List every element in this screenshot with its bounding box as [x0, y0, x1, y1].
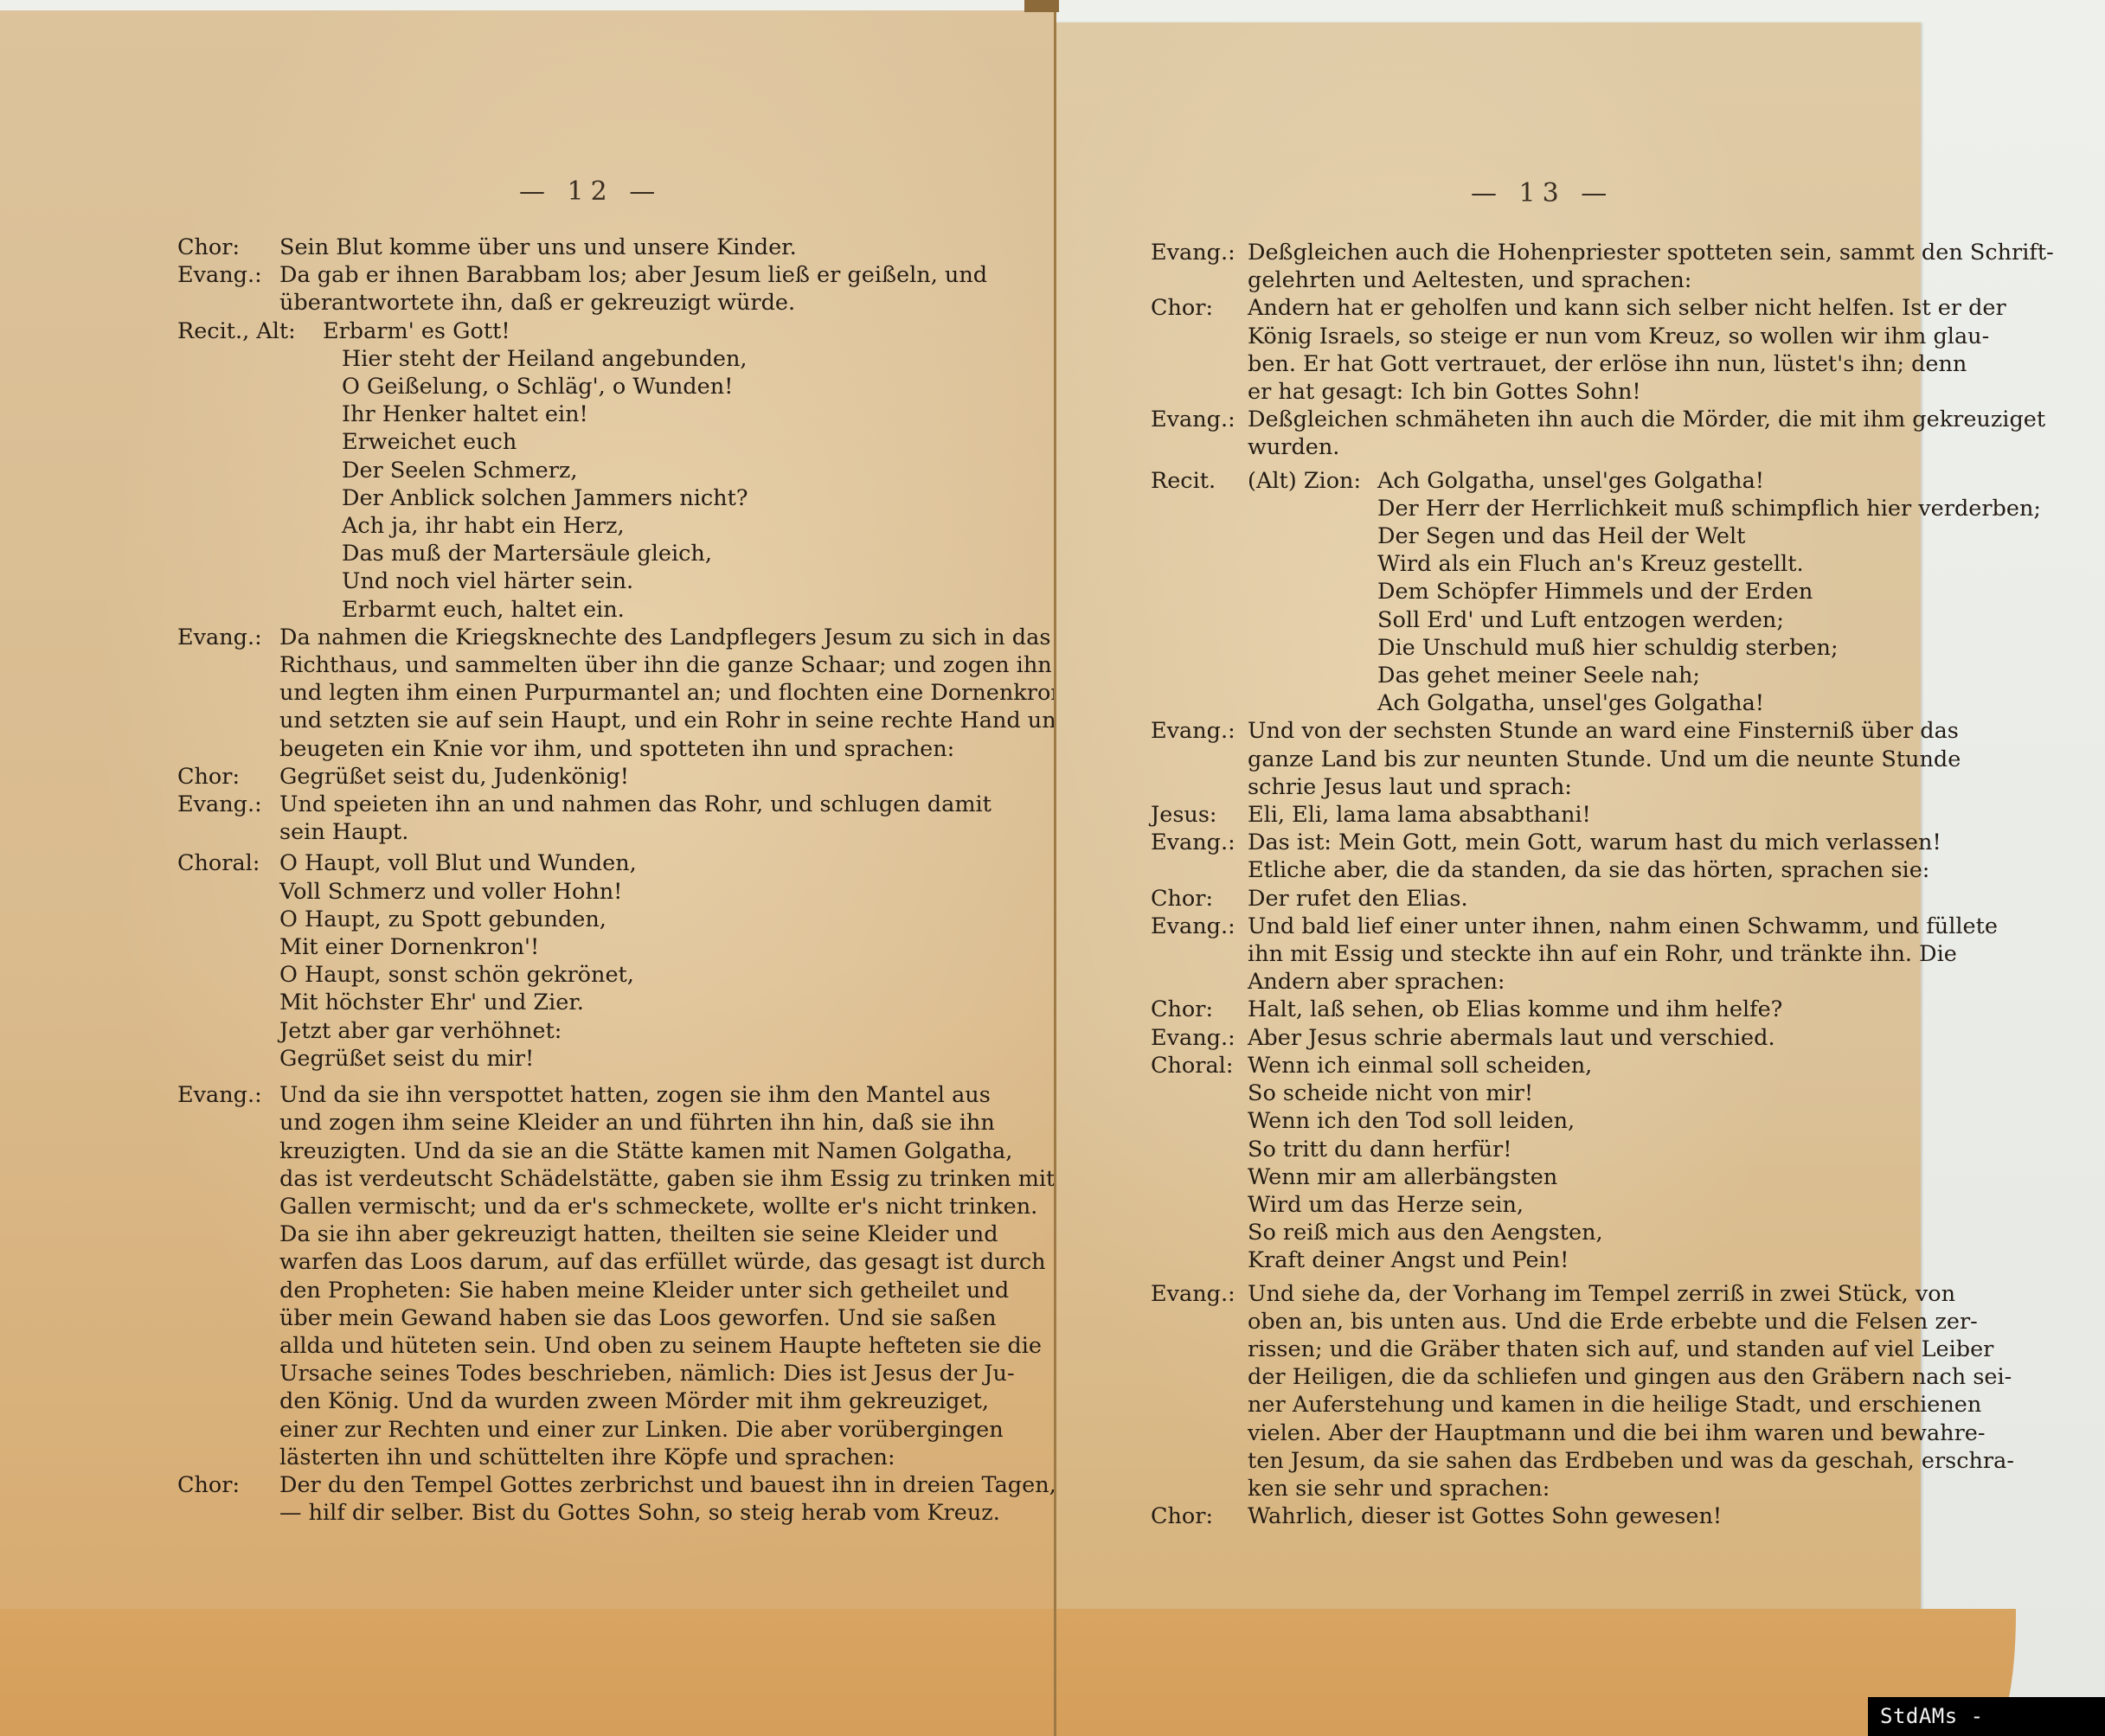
- verse-line: Hier steht der Heiland angebunden,: [342, 345, 973, 373]
- speaker-label: Chor:: [177, 763, 279, 791]
- entry-text: Und siehe da, der Vorhang im Tempel zerr…: [1248, 1280, 2014, 1503]
- entry-chor: Chor: Der du den Tempel Gottes zerbrichs…: [177, 1471, 973, 1527]
- verse-line: Wird um das Herze sein,: [1248, 1191, 1895, 1219]
- text-line: der Heiligen, die da schliefen und ginge…: [1248, 1363, 2014, 1391]
- text-line: vielen. Aber der Hauptmann und die bei i…: [1248, 1419, 2014, 1447]
- text-line: Deßgleichen schmäheten ihn auch die Mörd…: [1248, 406, 2045, 433]
- entry-text: Eli, Eli, lama lama absabthani!: [1248, 801, 1895, 829]
- entry-text: Halt, laß sehen, ob Elias komme und ihm …: [1248, 996, 1895, 1023]
- speaker-label: Evang.:: [177, 791, 279, 846]
- entry-jesus: Jesus: Eli, Eli, lama lama absabthani!: [1151, 801, 1895, 829]
- speaker-label: Chor:: [1151, 885, 1248, 913]
- text-line: ner Auferstehung und kamen in die heilig…: [1248, 1391, 2014, 1419]
- text-line: Wahrlich, dieser ist Gottes Sohn gewesen…: [1248, 1502, 1895, 1530]
- page-bottom-fold: [0, 1609, 2016, 1736]
- archive-label: StdAMs - MV_004_030: [1868, 1697, 2105, 1736]
- entry-text: Der rufet den Elias.: [1248, 885, 1895, 913]
- entry-evang: Evang.: Und bald lief einer unter ihnen,…: [1151, 913, 1895, 996]
- verse-line: Gegrüßet seist du mir!: [279, 1045, 973, 1073]
- left-page: — 12 — Chor: Sein Blut komme über uns un…: [0, 10, 1056, 1736]
- speaker-label: Chor:: [177, 234, 279, 261]
- verse-line: Erbarmt euch, haltet ein.: [342, 596, 973, 624]
- text-line: gelehrten und Aeltesten, und sprachen:: [1248, 266, 2054, 294]
- text-line: ten Jesum, da sie sahen das Erdbeben und…: [1248, 1447, 2014, 1475]
- entry-evang: Evang.: Und von der sechsten Stunde an w…: [1151, 717, 1895, 801]
- speaker-label: Choral:: [177, 849, 279, 1073]
- speaker-label: Evang.:: [1151, 1024, 1248, 1052]
- verse-line: Jetzt aber gar verhöhnet:: [279, 1017, 973, 1045]
- text-line: Gallen vermischt; und da er's schmeckete…: [279, 1193, 1055, 1220]
- entry-chor: Chor: Der rufet den Elias.: [1151, 885, 1895, 913]
- speaker-label: Evang.:: [177, 1081, 279, 1471]
- verse-line: Wenn ich den Tod soll leiden,: [1248, 1107, 1895, 1135]
- text-line: kreuzigten. Und da sie an die Stätte kam…: [279, 1137, 1055, 1165]
- text-line: ihn mit Essig und steckte ihn auf ein Ro…: [1248, 940, 1998, 968]
- entry-text: Das ist: Mein Gott, mein Gott, warum has…: [1248, 829, 1941, 884]
- entry-evang: Evang.: Da gab er ihnen Barabbam los; ab…: [177, 261, 973, 317]
- verse-line: Der Segen und das Heil der Welt: [1377, 522, 2041, 550]
- verse-line: O Haupt, zu Spott gebunden,: [279, 906, 973, 933]
- entry-text: Deßgleichen auch die Hohenpriester spott…: [1248, 239, 2054, 294]
- entry-chor: Chor: Sein Blut komme über uns und unser…: [177, 234, 973, 261]
- text-line: Und siehe da, der Vorhang im Tempel zerr…: [1248, 1280, 2014, 1308]
- entry-text: Und bald lief einer unter ihnen, nahm ei…: [1248, 913, 1998, 996]
- entry-choral: Choral: O Haupt, voll Blut und Wunden, V…: [177, 849, 973, 1073]
- speaker-label: Chor:: [1151, 996, 1248, 1023]
- speaker-label: [177, 345, 342, 624]
- text-line: Da sie ihn aber gekreuzigt hatten, theil…: [279, 1220, 1055, 1248]
- speaker-label: Evang.:: [1151, 239, 1248, 294]
- entry-text: Erbarm' es Gott!: [323, 317, 973, 345]
- entry-recit-alt: Recit., Alt: Erbarm' es Gott!: [177, 317, 973, 345]
- text-line: Etliche aber, die da standen, da sie das…: [1248, 856, 1941, 884]
- text-line: über mein Gewand haben sie das Loos gewo…: [279, 1304, 1055, 1332]
- sub-speaker-label: (Alt) Zion:: [1248, 467, 1377, 718]
- speaker-label: Evang.:: [1151, 829, 1248, 884]
- entry-evang: Evang.: Deßgleichen schmäheten ihn auch …: [1151, 406, 1895, 461]
- entry-text: Aber Jesus schrie abermals laut und vers…: [1248, 1024, 1895, 1052]
- text-line: den Propheten: Sie haben meine Kleider u…: [279, 1277, 1055, 1304]
- entry-text: Wahrlich, dieser ist Gottes Sohn gewesen…: [1248, 1502, 1895, 1530]
- verse-line: Ach ja, ihr habt ein Herz,: [342, 512, 973, 540]
- verse-line: Der Seelen Schmerz,: [342, 457, 973, 484]
- verse-text: Wenn ich einmal soll scheiden, So scheid…: [1248, 1052, 1895, 1275]
- verse-line: Und noch viel härter sein.: [342, 567, 973, 595]
- text-line: Andern aber sprachen:: [1248, 968, 1998, 996]
- text-line: Andern hat er geholfen und kann sich sel…: [1248, 294, 2006, 322]
- entry-text: Da gab er ihnen Barabbam los; aber Jesum…: [279, 261, 987, 317]
- verse-line: O Geißelung, o Schläg', o Wunden!: [342, 373, 973, 400]
- text-line: das ist verdeutscht Schädelstätte, gaben…: [279, 1165, 1055, 1193]
- entry-text: Und speieten ihn an und nahmen das Rohr,…: [279, 791, 992, 846]
- text-line: Und bald lief einer unter ihnen, nahm ei…: [1248, 913, 1998, 940]
- verse-text: O Haupt, voll Blut und Wunden, Voll Schm…: [279, 849, 973, 1073]
- binding-tab: [1024, 0, 1059, 12]
- verse-line: So reiß mich aus den Aengsten,: [1248, 1219, 1895, 1246]
- entry-text: Da nahmen die Kriegsknechte des Landpfle…: [279, 624, 1097, 763]
- entry-recit-zion: Recit. (Alt) Zion: Ach Golgatha, unsel'g…: [1151, 467, 1895, 718]
- page-number-left: — 12 —: [519, 176, 662, 207]
- entry-text: Gegrüßet seist du, Judenkönig!: [279, 763, 973, 791]
- text-line: ken sie sehr und sprachen:: [1248, 1475, 2014, 1502]
- text-line: und setzten sie auf sein Haupt, und ein …: [279, 707, 1097, 734]
- speaker-label: Chor:: [1151, 1502, 1248, 1530]
- entry-text: Sein Blut komme über uns und unsere Kind…: [279, 234, 973, 261]
- speaker-label: Evang.:: [1151, 913, 1248, 996]
- text-line: ben. Er hat Gott vertrauet, der erlöse i…: [1248, 350, 2006, 378]
- text-line: rissen; und die Gräber thaten sich auf, …: [1248, 1336, 2014, 1363]
- entry-evang: Evang.: Und da sie ihn verspottet hatten…: [177, 1081, 973, 1471]
- right-page: — 13 — Evang.: Deßgleichen auch die Hohe…: [1056, 22, 1921, 1692]
- page-number-right: — 13 —: [1471, 178, 1614, 208]
- entry-text: Und von der sechsten Stunde an ward eine…: [1248, 717, 1961, 801]
- speaker-label: Evang.:: [177, 624, 279, 763]
- speaker-label: Recit., Alt:: [177, 317, 323, 345]
- right-page-text: Evang.: Deßgleichen auch die Hohenpriest…: [1151, 239, 1895, 1530]
- verse-line: Ach Golgatha, unsel'ges Golgatha!: [1377, 689, 2041, 717]
- verse-line: Wenn mir am allerbängsten: [1248, 1163, 1895, 1191]
- verse-text: Hier steht der Heiland angebunden, O Gei…: [342, 345, 973, 624]
- entry-chor: Chor: Andern hat er geholfen und kann si…: [1151, 294, 1895, 406]
- verse-line: O Haupt, sonst schön gekrönet,: [279, 961, 973, 989]
- speaker-label: Evang.:: [1151, 1280, 1248, 1503]
- text-line: überantwortete ihn, daß er gekreuzigt wü…: [279, 289, 987, 317]
- text-line: Der du den Tempel Gottes zerbrichst und …: [279, 1471, 1056, 1499]
- text-line: Das ist: Mein Gott, mein Gott, warum has…: [1248, 829, 1941, 856]
- speaker-label: Recit.: [1151, 467, 1248, 718]
- entry-evang: Evang.: Deßgleichen auch die Hohenpriest…: [1151, 239, 1895, 294]
- verse-line: So scheide nicht von mir!: [1248, 1079, 1895, 1107]
- text-line: Ursache seines Todes beschrieben, nämlic…: [279, 1360, 1055, 1387]
- verse-line: Die Unschuld muß hier schuldig sterben;: [1377, 634, 2041, 662]
- text-line: Richthaus, und sammelten über ihn die ga…: [279, 651, 1097, 679]
- text-line: Und da sie ihn verspottet hatten, zogen …: [279, 1081, 1055, 1109]
- speaker-label: Chor:: [1151, 294, 1248, 406]
- verse-line: Ach Golgatha, unsel'ges Golgatha!: [1377, 467, 2041, 495]
- text-line: den König. Und da wurden zween Mörder mi…: [279, 1387, 1055, 1415]
- entry-recit-verse: Hier steht der Heiland angebunden, O Gei…: [177, 345, 973, 624]
- entry-chor: Chor: Wahrlich, dieser ist Gottes Sohn g…: [1151, 1502, 1895, 1530]
- verse-line: O Haupt, voll Blut und Wunden,: [279, 849, 973, 877]
- speaker-label: Jesus:: [1151, 801, 1248, 829]
- text-line: warfen das Loos darum, auf das erfüllet …: [279, 1248, 1055, 1276]
- verse-line: Mit einer Dornenkron'!: [279, 933, 973, 961]
- text-line: wurden.: [1248, 433, 2045, 461]
- entry-text: Andern hat er geholfen und kann sich sel…: [1248, 294, 2006, 406]
- entry-evang: Evang.: Aber Jesus schrie abermals laut …: [1151, 1024, 1895, 1052]
- entry-text: Deßgleichen schmäheten ihn auch die Mörd…: [1248, 406, 2045, 461]
- text-line: Und von der sechsten Stunde an ward eine…: [1248, 717, 1961, 745]
- entry-evang: Evang.: Da nahmen die Kriegsknechte des …: [177, 624, 973, 763]
- verse-line: Voll Schmerz und voller Hohn!: [279, 878, 973, 906]
- text-line: beugeten ein Knie vor ihm, und spotteten…: [279, 735, 1097, 763]
- entry-evang: Evang.: Und siehe da, der Vorhang im Tem…: [1151, 1280, 1895, 1503]
- verse-line: Wird als ein Fluch an's Kreuz gestellt.: [1377, 550, 2041, 578]
- speaker-label: Evang.:: [177, 261, 279, 317]
- text-line: sein Haupt.: [279, 818, 992, 846]
- text-line: Und speieten ihn an und nahmen das Rohr,…: [279, 791, 992, 818]
- text-line: und zogen ihm seine Kleider an und führt…: [279, 1109, 1055, 1137]
- text-line: ganze Land bis zur neunten Stunde. Und u…: [1248, 746, 1961, 773]
- text-line: König Israels, so steige er nun vom Kreu…: [1248, 323, 2006, 350]
- text-line: allda und hüteten sein. Und oben zu sein…: [279, 1332, 1055, 1360]
- verse-line: Erweichet euch: [342, 428, 973, 456]
- speaker-label: Evang.:: [1151, 717, 1248, 801]
- text-line: oben an, bis unten aus. Und die Erde erb…: [1248, 1308, 2014, 1336]
- entry-chor: Chor: Halt, laß sehen, ob Elias komme un…: [1151, 996, 1895, 1023]
- text-line: lästerten ihn und schüttelten ihre Köpfe…: [279, 1444, 1055, 1471]
- speaker-label: Evang.:: [1151, 406, 1248, 461]
- verse-line: Der Herr der Herrlichkeit muß schimpflic…: [1377, 495, 2041, 522]
- text-line: Der rufet den Elias.: [1248, 885, 1895, 913]
- speaker-label: Chor:: [177, 1471, 279, 1527]
- verse-line: Wenn ich einmal soll scheiden,: [1248, 1052, 1895, 1079]
- text-line: Da gab er ihnen Barabbam los; aber Jesum…: [279, 261, 987, 289]
- text-line: Eli, Eli, lama lama absabthani!: [1248, 801, 1895, 829]
- entry-evang: Evang.: Und speieten ihn an und nahmen d…: [177, 791, 973, 846]
- text-line: Gegrüßet seist du, Judenkönig!: [279, 763, 973, 791]
- verse-line: Der Anblick solchen Jammers nicht?: [342, 484, 973, 512]
- verse-line: Das muß der Martersäule gleich,: [342, 540, 973, 567]
- verse-line: Ihr Henker haltet ein!: [342, 400, 973, 428]
- verse-line: Mit höchster Ehr' und Zier.: [279, 989, 973, 1016]
- text-line: Halt, laß sehen, ob Elias komme und ihm …: [1248, 996, 1895, 1023]
- verse-line: Dem Schöpfer Himmels und der Erden: [1377, 578, 2041, 605]
- verse-line: Das gehet meiner Seele nah;: [1377, 662, 2041, 689]
- text-line: Da nahmen die Kriegsknechte des Landpfle…: [279, 624, 1097, 651]
- text-line: einer zur Rechten und einer zur Linken. …: [279, 1416, 1055, 1444]
- entry-text: Der du den Tempel Gottes zerbrichst und …: [279, 1471, 1056, 1527]
- text-line: — hilf dir selber. Bist du Gottes Sohn, …: [279, 1499, 1056, 1527]
- text-line: und legten ihm einen Purpurmantel an; un…: [279, 679, 1097, 707]
- left-page-text: Chor: Sein Blut komme über uns und unser…: [177, 234, 973, 1527]
- book-gutter: [1054, 10, 1056, 1736]
- text-line: Deßgleichen auch die Hohenpriester spott…: [1248, 239, 2054, 266]
- verse-text: Ach Golgatha, unsel'ges Golgatha! Der He…: [1377, 467, 2041, 718]
- verse-line: Kraft deiner Angst und Pein!: [1248, 1246, 1895, 1274]
- text-line: Erbarm' es Gott!: [323, 317, 973, 345]
- verse-line: So tritt du dann herfür!: [1248, 1136, 1895, 1163]
- text-line: er hat gesagt: Ich bin Gottes Sohn!: [1248, 378, 2006, 406]
- entry-chor: Chor: Gegrüßet seist du, Judenkönig!: [177, 763, 973, 791]
- speaker-label: Choral:: [1151, 1052, 1248, 1275]
- entry-choral: Choral: Wenn ich einmal soll scheiden, S…: [1151, 1052, 1895, 1275]
- verse-line: Soll Erd' und Luft entzogen werden;: [1377, 606, 2041, 634]
- text-line: Sein Blut komme über uns und unsere Kind…: [279, 234, 973, 261]
- text-line: Aber Jesus schrie abermals laut und vers…: [1248, 1024, 1895, 1052]
- entry-text: Und da sie ihn verspottet hatten, zogen …: [279, 1081, 1055, 1471]
- entry-evang: Evang.: Das ist: Mein Gott, mein Gott, w…: [1151, 829, 1895, 884]
- text-line: schrie Jesus laut und sprach:: [1248, 773, 1961, 801]
